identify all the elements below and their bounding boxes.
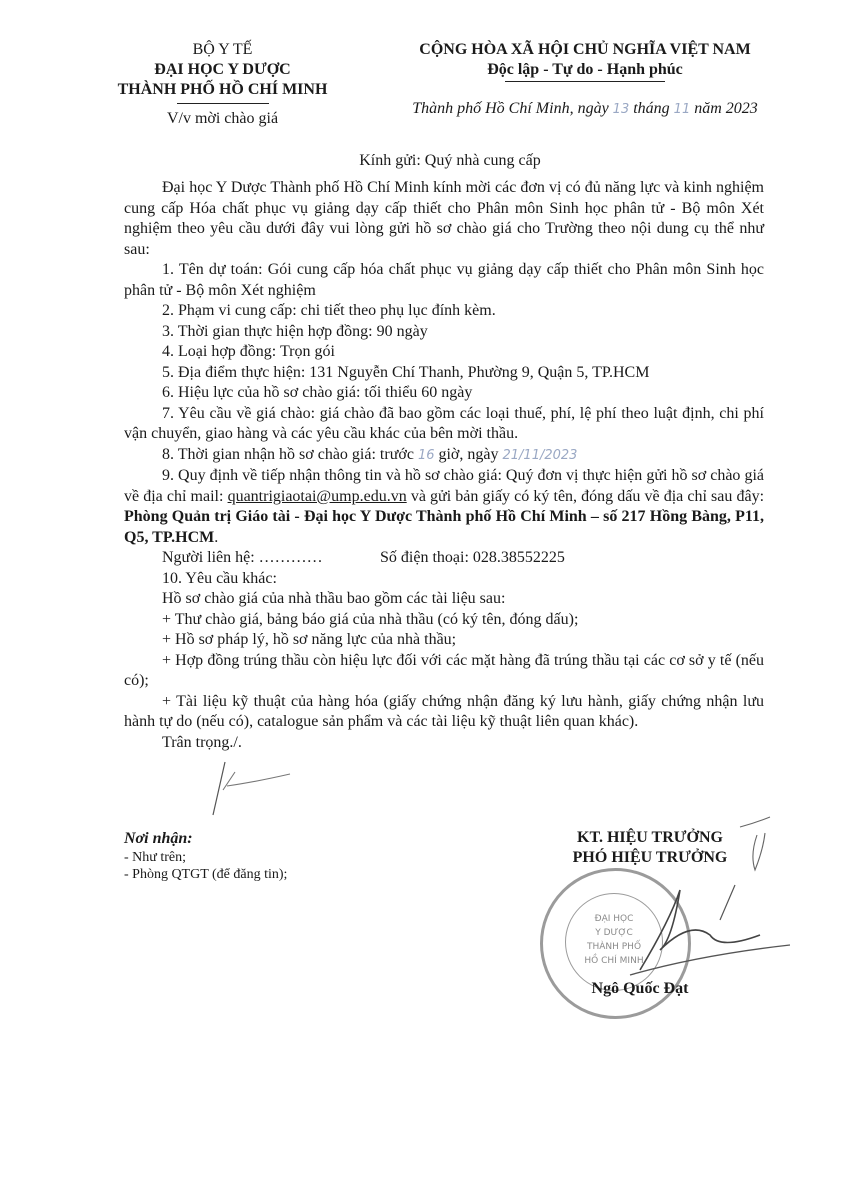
required-doc: + Hồ sơ pháp lý, hồ sơ năng lực của nhà …	[124, 630, 764, 651]
initials-signature-icon	[205, 760, 295, 820]
item-9-end: .	[214, 529, 218, 546]
item-10-lead: Hồ sơ chào giá của nhà thầu bao gồm các …	[124, 589, 764, 610]
handwritten-signature-icon	[600, 880, 800, 980]
item-8: 8. Thời gian nhận hồ sơ chào giá: trước …	[124, 445, 764, 467]
motto-underline	[505, 81, 665, 82]
required-doc: + Thư chào giá, bảng báo giá của nhà thầ…	[124, 610, 764, 631]
required-doc: + Hợp đồng trúng thầu còn hiệu lực đối v…	[124, 651, 764, 692]
item-8-mid: giờ, ngày	[438, 446, 498, 463]
deadline-date-handwritten: 21/11/2023	[503, 448, 578, 463]
initial-mark-icon	[735, 815, 775, 875]
header-divider	[177, 103, 269, 104]
submission-address: Phòng Quản trị Giáo tài - Đại học Y Dược…	[124, 508, 764, 546]
item-3: 3. Thời gian thực hiện hợp đồng: 90 ngày	[124, 322, 764, 343]
contact-person: Người liên hệ: …………	[124, 548, 380, 569]
signature-line-2: PHÓ HIỆU TRƯỞNG	[530, 848, 770, 868]
letter-body: Đại học Y Dược Thành phố Hồ Chí Minh kín…	[124, 178, 764, 753]
contact-phone: Số điện thoại: 028.38552225	[380, 548, 565, 569]
nation-name: CỘNG HÒA XÃ HỘI CHỦ NGHĨA VIỆT NAM	[375, 40, 795, 60]
date-prefix: Thành phố Hồ Chí Minh, ngày	[412, 100, 608, 117]
item-6: 6. Hiệu lực của hồ sơ chào giá: tối thiể…	[124, 383, 764, 404]
item-9: 9. Quy định về tiếp nhận thông tin và hồ…	[124, 466, 764, 548]
salutation: Kính gửi: Quý nhà cung cấp	[120, 152, 780, 170]
document-date: Thành phố Hồ Chí Minh, ngày 13 tháng 11 …	[375, 100, 795, 118]
email-link[interactable]: quantrigiaotai@ump.edu.vn	[228, 488, 407, 505]
item-5: 5. Địa điểm thực hiện: 131 Nguyễn Chí Th…	[124, 363, 764, 384]
recipients-title: Nơi nhận:	[124, 830, 287, 847]
item-9-text2: và gửi bản giấy có ký tên, đóng dấu về đ…	[411, 488, 764, 505]
issuer-block: BỘ Y TẾ ĐẠI HỌC Y DƯỢC THÀNH PHỐ HỒ CHÍ …	[100, 40, 345, 129]
recipient-item: - Phòng QTGT (để đăng tin);	[124, 866, 287, 883]
date-day-handwritten: 13	[613, 102, 630, 117]
deadline-hour-handwritten: 16	[418, 448, 435, 463]
item-10-title: 10. Yêu cầu khác:	[124, 569, 764, 590]
ministry-name: BỘ Y TẾ	[100, 40, 345, 60]
closing: Trân trọng./.	[124, 733, 764, 754]
intro-paragraph: Đại học Y Dược Thành phố Hồ Chí Minh kín…	[124, 178, 764, 260]
signature-line-1: KT. HIỆU TRƯỞNG	[530, 828, 770, 848]
university-name-line2: THÀNH PHỐ HỒ CHÍ MINH	[100, 80, 345, 100]
item-7: 7. Yêu cầu về giá chào: giá chào đã bao …	[124, 404, 764, 445]
date-month-label: tháng	[633, 100, 669, 117]
subject-line: V/v mời chào giá	[100, 109, 345, 129]
item-4: 4. Loại hợp đồng: Trọn gói	[124, 342, 764, 363]
signer-name: Ngô Quốc Đạt	[560, 980, 720, 998]
item-1: 1. Tên dự toán: Gói cung cấp hóa chất ph…	[124, 260, 764, 301]
item-2: 2. Phạm vi cung cấp: chi tiết theo phụ l…	[124, 301, 764, 322]
item-8-prefix: 8. Thời gian nhận hồ sơ chào giá: trước	[162, 446, 414, 463]
recipients-block: Nơi nhận: - Như trên; - Phòng QTGT (để đ…	[124, 830, 287, 883]
national-motto: Độc lập - Tự do - Hạnh phúc	[375, 60, 795, 80]
date-year: năm 2023	[694, 100, 758, 117]
national-header: CỘNG HÒA XÃ HỘI CHỦ NGHĨA VIỆT NAM Độc l…	[375, 40, 795, 82]
recipient-item: - Như trên;	[124, 849, 287, 866]
contact-row: Người liên hệ: ………… Số điện thoại: 028.3…	[124, 548, 764, 569]
university-name-line1: ĐẠI HỌC Y DƯỢC	[100, 60, 345, 80]
required-doc: + Tài liệu kỹ thuật của hàng hóa (giấy c…	[124, 692, 764, 733]
signature-title: KT. HIỆU TRƯỞNG PHÓ HIỆU TRƯỞNG	[530, 828, 770, 868]
date-month-handwritten: 11	[674, 102, 691, 117]
